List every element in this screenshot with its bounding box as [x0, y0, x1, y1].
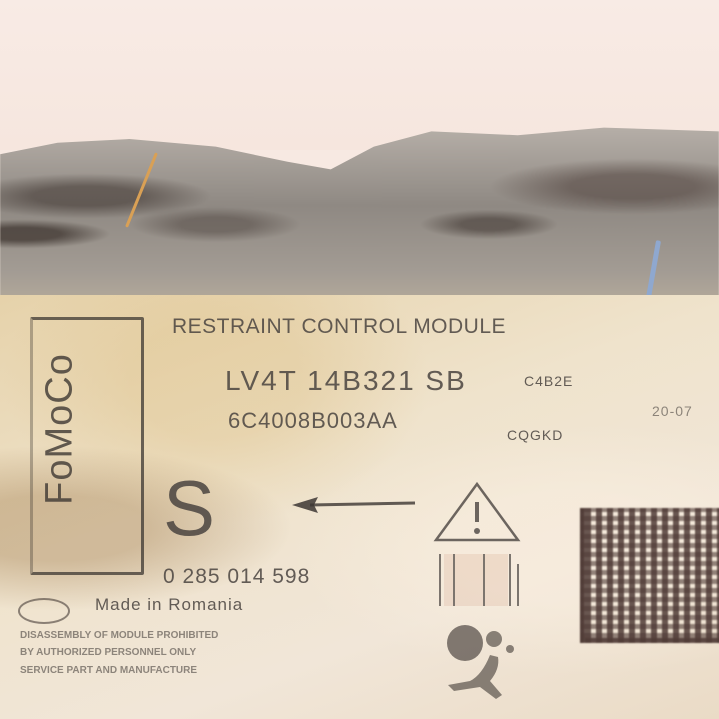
warning-triangle-icon — [432, 480, 522, 610]
read-manual-icon — [440, 554, 518, 606]
code-a: C4B2E — [524, 373, 573, 389]
supplier-number: 0 285 014 598 — [163, 565, 310, 589]
module-label: FoMoCo RESTRAINT CONTROL MODULE LV4T 14B… — [0, 295, 719, 719]
serial-number: 6C4008B003AA — [228, 408, 398, 434]
label-title: RESTRAINT CONTROL MODULE — [172, 315, 506, 339]
left-arrow-icon — [290, 495, 420, 515]
date-fragment: 20-07 — [652, 403, 693, 419]
datamatrix-code-icon — [580, 508, 719, 643]
brand-text: FoMoCo — [39, 353, 82, 505]
manufacturer-oval-logo — [18, 598, 70, 624]
fine-print-line: DISASSEMBLY OF MODULE PROHIBITED — [20, 630, 218, 641]
airbag-seated-person-icon — [440, 625, 530, 715]
code-b: CQGKD — [507, 427, 563, 443]
background-surface — [0, 0, 719, 150]
orientation-letter: S — [163, 463, 215, 554]
fine-print-line: SERVICE PART AND MANUFACTURE — [20, 665, 197, 676]
part-number: LV4T 14B321 SB — [225, 365, 467, 397]
fine-print-line: BY AUTHORIZED PERSONNEL ONLY — [20, 647, 196, 658]
origin-text: Made in Romania — [95, 595, 243, 615]
